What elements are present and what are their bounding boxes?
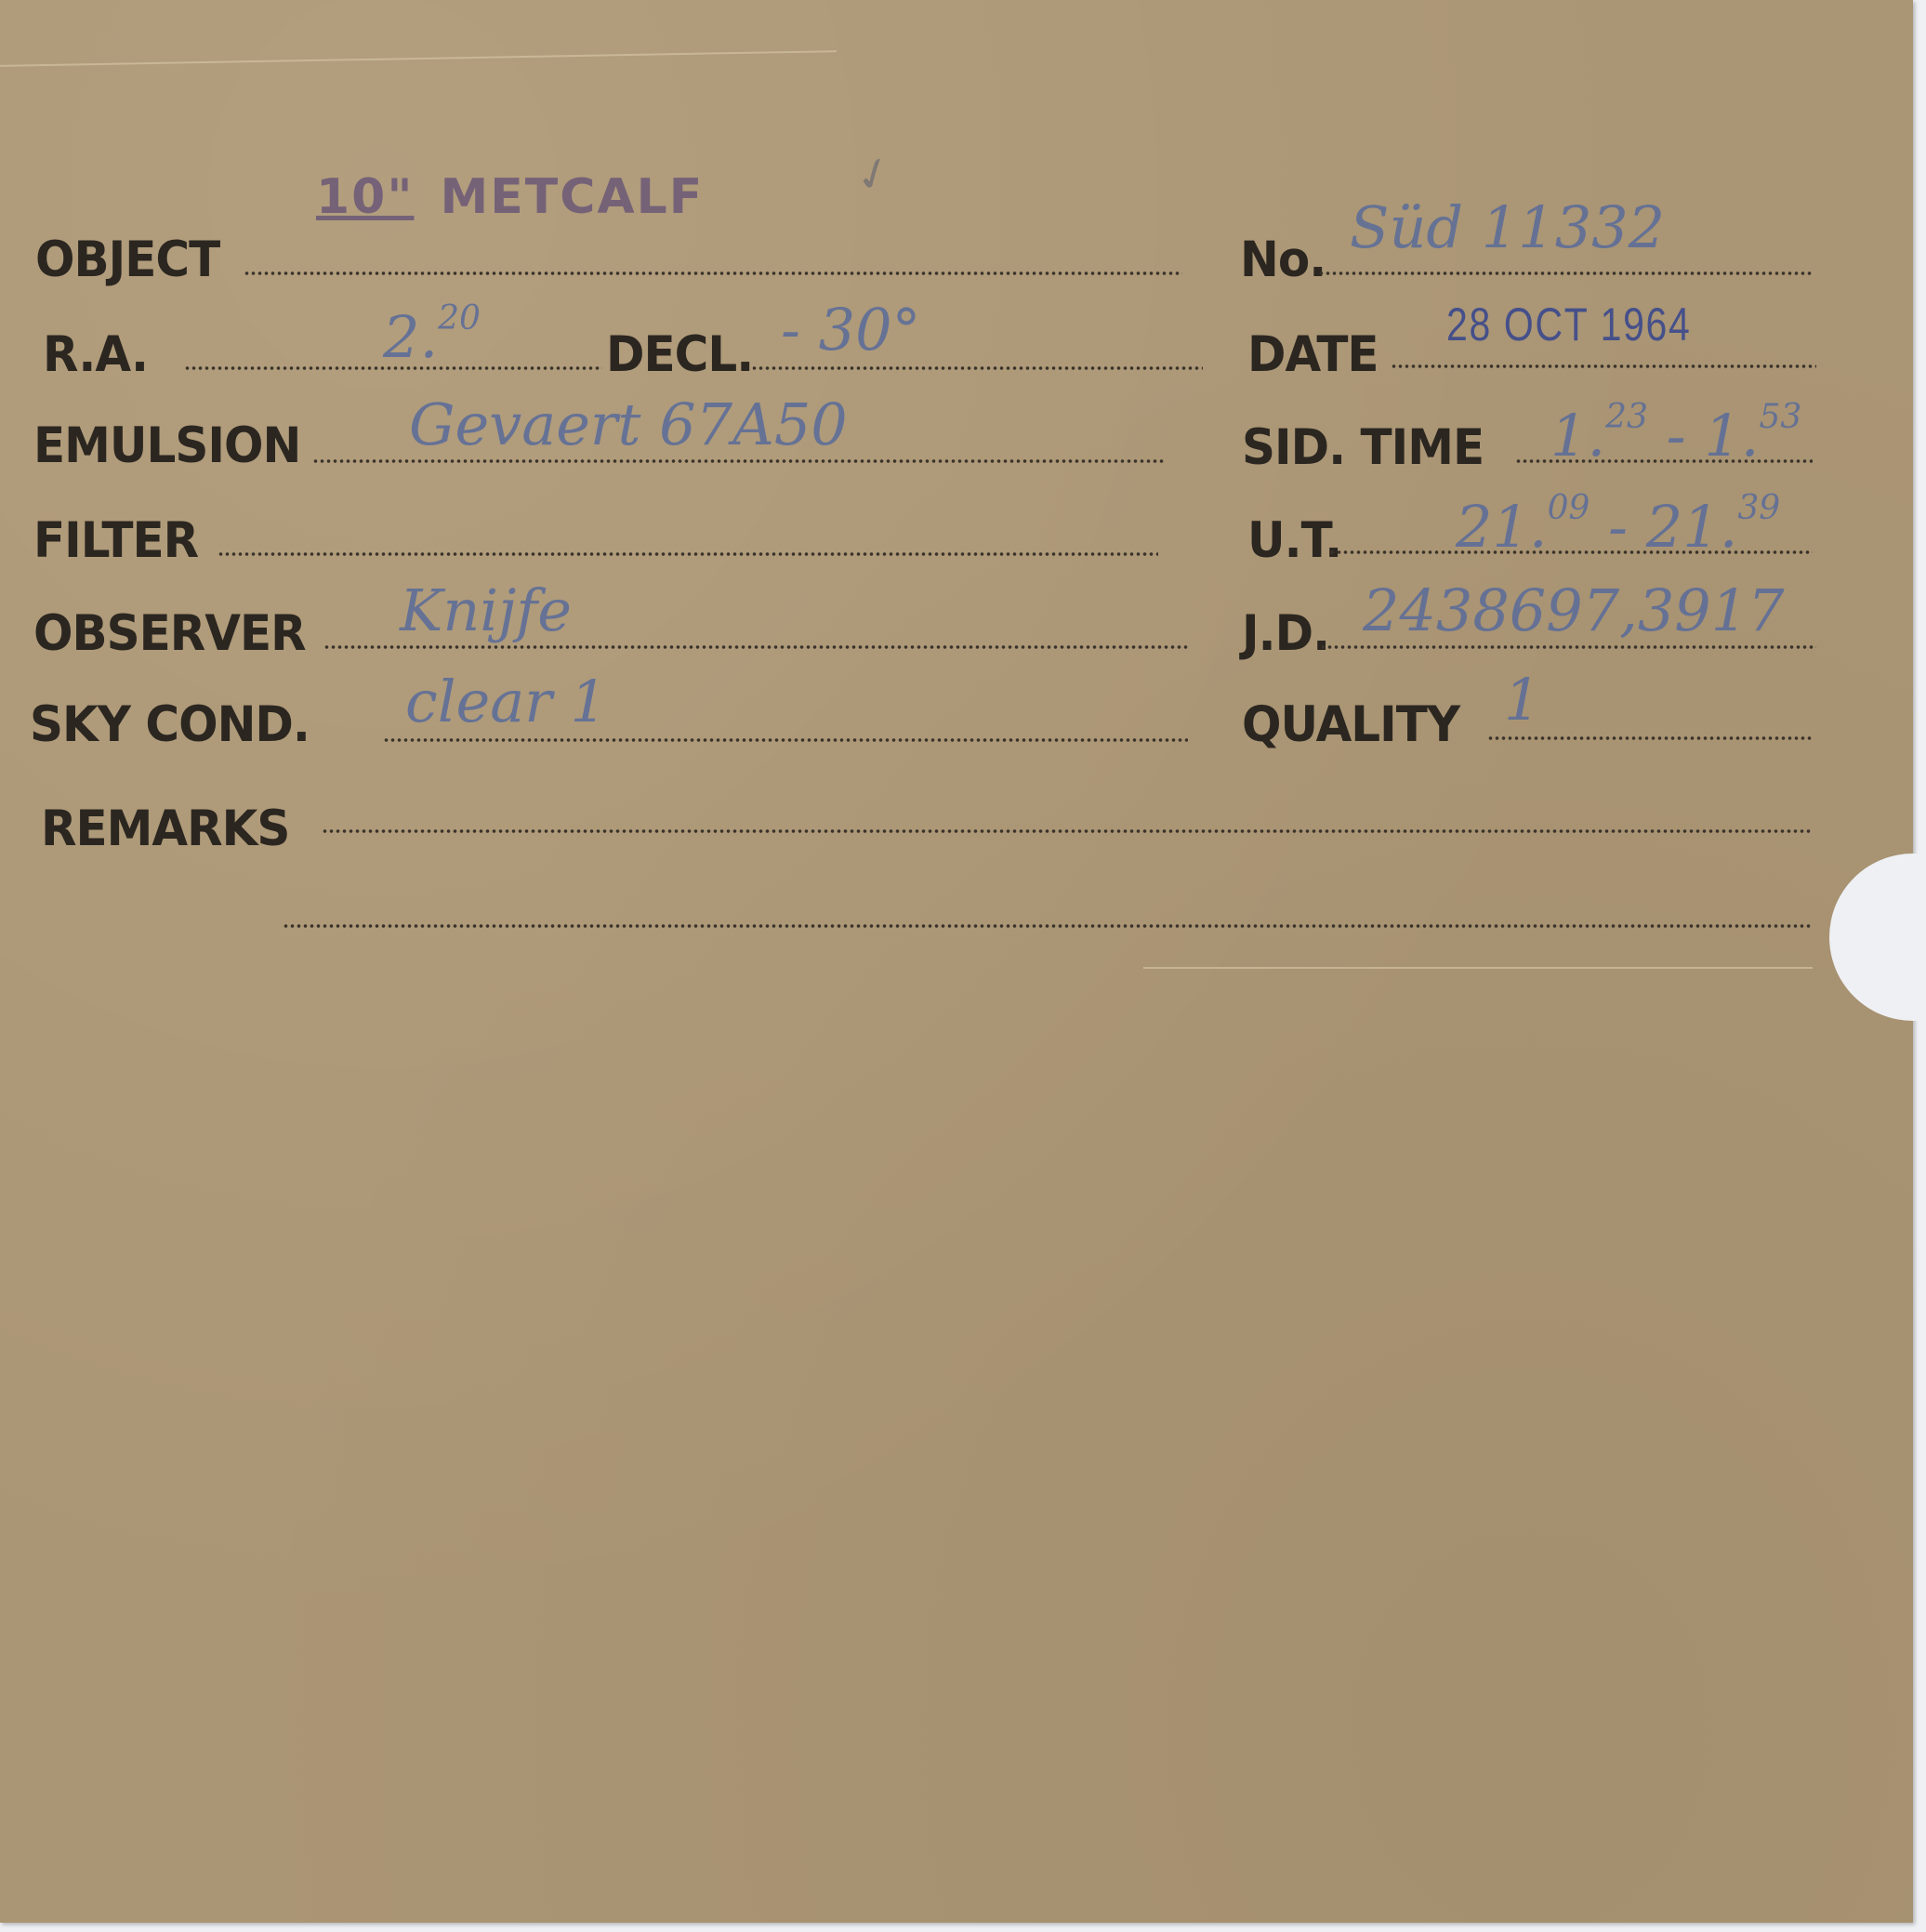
value-number: Süd 11332	[1350, 193, 1665, 261]
label-sidereal-time: SID. TIME	[1242, 419, 1484, 476]
stamp-aperture: 10"	[316, 169, 414, 225]
label-object: OBJECT	[35, 232, 219, 288]
value-emulsion: Gevaert 67A50	[409, 390, 848, 458]
field-line-filter	[218, 552, 1158, 556]
field-line-remarks-2	[283, 924, 1813, 928]
field-line-emulsion	[312, 459, 1164, 463]
plate-envelope: 10"METCALF ✓ OBJECT R.A. 2.20 DECL. - 30…	[0, 0, 1913, 1923]
label-quality: QUALITY	[1242, 696, 1459, 753]
field-line-number	[1318, 271, 1813, 275]
label-decl: DECL.	[606, 326, 753, 383]
telescope-stamp: 10"METCALF	[316, 169, 704, 225]
label-remarks: REMARKS	[41, 801, 289, 857]
label-ra: R.A.	[43, 326, 148, 383]
value-observer: Knijfe	[400, 576, 572, 644]
field-line-sky-condition	[383, 738, 1188, 742]
value-decl: - 30°	[781, 296, 921, 364]
label-julian-date: J.D.	[1242, 605, 1329, 662]
field-line-remarks-1	[322, 829, 1813, 833]
value-quality: 1	[1504, 666, 1540, 734]
value-julian-date: 2438697,3917	[1363, 576, 1785, 644]
value-universal-time: 21.09 - 21.39	[1456, 489, 1780, 561]
value-sidereal-time: 1.23 - 1.53	[1550, 398, 1801, 470]
label-filter: FILTER	[33, 512, 198, 569]
field-line-quality	[1487, 736, 1813, 740]
label-sky-condition: SKY COND.	[30, 696, 310, 753]
field-line-decl	[751, 366, 1203, 370]
field-line-julian-date	[1320, 645, 1816, 649]
label-number: No.	[1240, 232, 1326, 288]
label-emulsion: EMULSION	[33, 417, 300, 474]
field-line-observer	[323, 645, 1188, 649]
fold-crease	[1143, 967, 1813, 969]
stamp-telescope-name: METCALF	[440, 169, 704, 225]
label-universal-time: U.T.	[1247, 512, 1341, 569]
label-date: DATE	[1247, 326, 1379, 383]
fold-crease	[0, 50, 837, 67]
field-line-object	[244, 271, 1182, 275]
check-mark-icon: ✓	[848, 144, 901, 205]
label-observer: OBSERVER	[33, 605, 306, 662]
value-date-stamp: 28 OCT 1964	[1446, 298, 1691, 351]
field-line-date	[1391, 364, 1816, 368]
value-sky-condition: clear 1	[405, 668, 607, 735]
value-ra: 2.20	[383, 299, 481, 371]
